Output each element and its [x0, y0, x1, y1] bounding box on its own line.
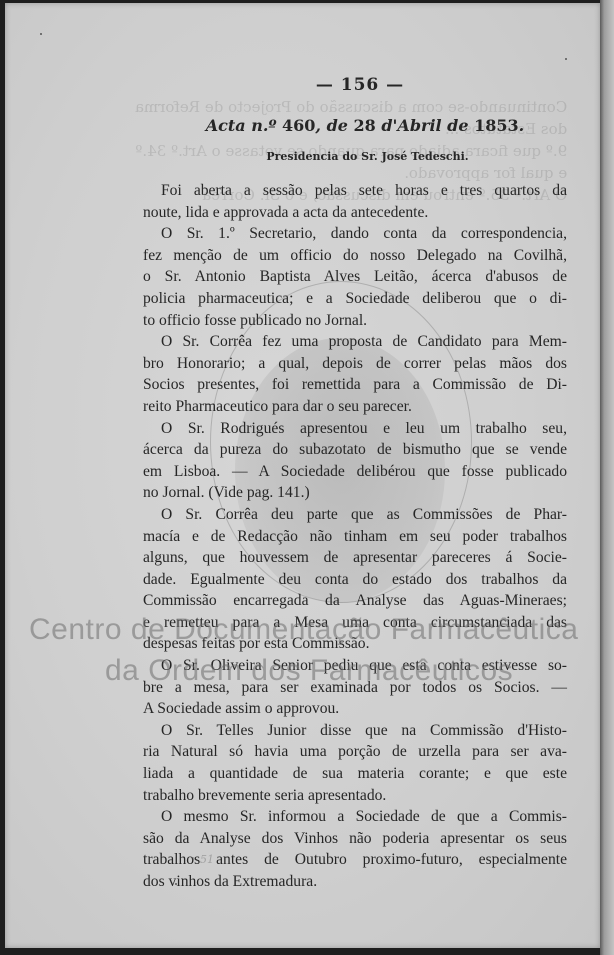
- watermark-line-2: da Ordem dos Farmacêuticos: [105, 654, 513, 688]
- book-spine-edge: [600, 0, 614, 955]
- page-content: — 156 — Acta n.º 460, de 28 d'Abril de 1…: [143, 73, 567, 893]
- text-line: fez menção de um officio do nosso Delega…: [143, 245, 567, 267]
- act-title-prefix: Acta n.º: [206, 116, 282, 135]
- text-line: O Sr. Corrêa deu parte que as Commissões…: [143, 504, 567, 526]
- scan-frame: Continuando-se com a discussão do Projec…: [0, 0, 614, 955]
- document-page: Continuando-se com a discussão do Projec…: [5, 3, 600, 948]
- text-line: policia pharmaceutica; e a Sociedade del…: [143, 288, 567, 310]
- paper-speck: [565, 58, 567, 60]
- minutes-body: Foi aberta a sessão pelas sete horas e t…: [143, 180, 567, 893]
- text-line: macía e de Redacção não tinham em seu po…: [143, 526, 567, 548]
- text-line: O Sr. Rodrigués apresentou e leu um trab…: [143, 418, 567, 440]
- act-title-middle: , de: [315, 116, 353, 135]
- text-line: ria Natural só havia uma porção de urzel…: [143, 741, 567, 763]
- text-line: dade. Egualmente deu conta do estado dos…: [143, 569, 567, 591]
- presidency-line: Presidencia do Sr. José Tedeschi.: [168, 148, 567, 166]
- text-line: são da Analyse dos Vinhos não poderia ap…: [143, 828, 567, 850]
- text-line: Foi aberta a sessão pelas sete horas e t…: [143, 180, 567, 202]
- bottom-faint-mark: • 51: [190, 853, 214, 866]
- text-line: trabalho brevemente seria apresentado.: [143, 785, 567, 807]
- text-line: O mesmo Sr. informou a Sociedade de que …: [143, 806, 567, 828]
- text-line: reito Pharmaceutico para dar o seu parec…: [143, 396, 567, 418]
- text-line: O Sr. Corrêa fez uma proposta de Candida…: [143, 331, 567, 353]
- text-line: Commissão encarregada da Analyse das Agu…: [143, 590, 567, 612]
- text-line: liada a quantidade de sua materia corant…: [143, 763, 567, 785]
- act-month: d'Abril de: [376, 116, 474, 135]
- page-number: — 156 —: [153, 73, 567, 97]
- text-line: noute, lida e approvada a acta da antece…: [143, 202, 567, 224]
- text-line: to officio fosse publicado no Jornal.: [143, 310, 567, 332]
- text-line: A Sociedade assim o approvou.: [143, 698, 567, 720]
- paper-speck: [175, 883, 177, 885]
- text-line: O Sr. Telles Junior disse que na Commiss…: [143, 720, 567, 742]
- watermark-line-1: Centro de Documentação Farmacêutica: [29, 613, 578, 647]
- text-line: ácerca da pureza do subazotato de bismut…: [143, 439, 567, 461]
- text-line: O Sr. 1.º Secretario, dando conta da cor…: [143, 223, 567, 245]
- act-title-suffix: .: [519, 116, 525, 135]
- paper-speck: [40, 33, 42, 35]
- act-title: Acta n.º 460, de 28 d'Abril de 1853.: [163, 114, 567, 138]
- act-number: 460: [282, 116, 315, 135]
- text-line: em Lisboa. — A Sociedade delibérou que f…: [143, 461, 567, 483]
- text-line: dos vinhos da Extremadura.: [143, 871, 567, 893]
- act-year: 1853: [474, 116, 519, 135]
- text-line: no Jornal. (Vide pag. 141.): [143, 482, 567, 504]
- text-line: o Sr. Antonio Baptista Alves Leitão, áce…: [143, 266, 567, 288]
- text-line: bro Honorario; a qual, depois de correr …: [143, 353, 567, 375]
- text-line: alguns, que houvessem de apresentar pare…: [143, 547, 567, 569]
- act-day: 28: [354, 116, 376, 135]
- text-line: Socios presentes, foi remettida para a C…: [143, 374, 567, 396]
